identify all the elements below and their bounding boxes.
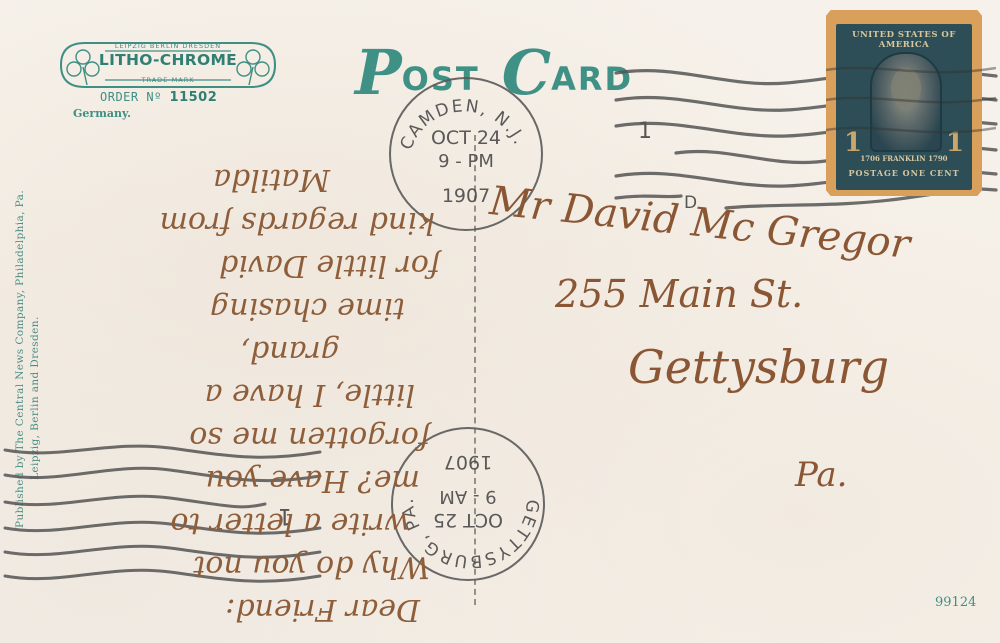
logo-brand: LITHO-CHROME (57, 51, 279, 69)
message-line: Matilda (213, 162, 330, 197)
litho-chrome-logo: LEIPZIG BERLIN DRESDEN LITHO-CHROME TRAD… (57, 37, 279, 93)
message-line: write a letter to (170, 506, 410, 541)
message-line: forgotten me so (189, 420, 430, 455)
logo-trademark: TRADE-MARK (57, 76, 279, 84)
order-label: ORDER Nº (100, 90, 162, 104)
message-line: for little David (219, 248, 440, 283)
message-line: little, I have a (205, 377, 415, 412)
message-line: grand, (241, 334, 341, 369)
cancel-mark-1: 1 (638, 119, 652, 144)
order-number: ORDER Nº 11502 (100, 90, 217, 105)
message-line: kind regards from (160, 205, 435, 240)
message-line: Why do you not (193, 549, 430, 584)
recipient-street: 255 Main St. (555, 272, 803, 316)
recipient-state: Pa. (795, 455, 847, 495)
logo-cities: LEIPZIG BERLIN DRESDEN (57, 42, 279, 50)
stamp-cancel-lines-icon (826, 10, 996, 200)
handwritten-message: Dear Friend:Why do you notwrite a letter… (20, 135, 460, 635)
card-number: 99124 (935, 595, 976, 610)
order-value: 11502 (170, 90, 218, 105)
message-line: me? Have you (206, 463, 420, 498)
message-line: Dear Friend: (225, 592, 420, 627)
country-label: Germany. (73, 107, 131, 120)
recipient-city: Gettysburg (628, 340, 889, 394)
postage-stamp: UNITED STATES OF AMERICA 1 1 1706 FRANKL… (826, 10, 982, 196)
message-line: time chasing (210, 291, 405, 326)
